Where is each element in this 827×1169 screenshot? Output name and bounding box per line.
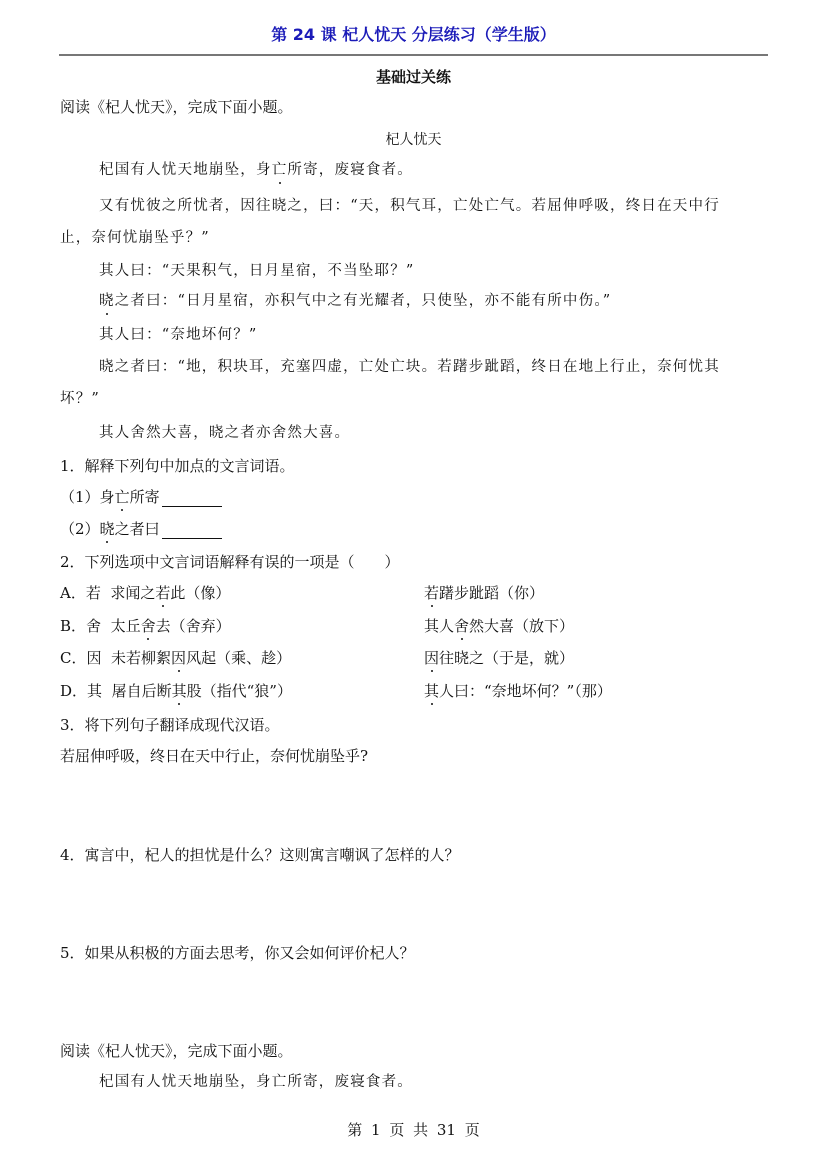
reading-instruction-2: 阅读《杞人忧天》，完成下面小题。 xyxy=(60,1041,293,1061)
reading-instruction: 阅读《杞人忧天》，完成下面小题。 xyxy=(60,97,293,117)
passage-paragraph: 止，奈何忧崩坠乎？” xyxy=(60,228,210,248)
question-1-item: （2）晓之者曰 xyxy=(60,519,222,539)
question-1-stem: 1．解释下列句中加点的文言词语。 xyxy=(60,456,295,476)
emphasis-dot-char: 亡 xyxy=(115,487,130,507)
passage-paragraph: 其人曰：“奈地坏何？” xyxy=(99,325,258,345)
document-title: 第 24 课 杞人忧天 分层练习（学生版） xyxy=(0,22,827,45)
passage-paragraph: 其人舍然大喜，晓之者亦舍然大喜。 xyxy=(99,423,350,443)
emphasis-dot-char: 亡 xyxy=(272,160,288,180)
page-number: 第 1 页 共 31 页 xyxy=(0,1119,827,1140)
passage-paragraph: 晓之者曰：“地，积块耳，充塞四虚，亡处亡块。若躇步跐蹈，终日在地上行止，奈何忧其 xyxy=(99,357,720,377)
emphasis-dot-char: 晓 xyxy=(100,519,115,539)
passage-paragraph: 又有忧彼之所忧者，因往晓之，曰：“天，积气耳，亡处亡气。若屈伸呼吸，终日在天中行 xyxy=(99,196,720,216)
answer-blank[interactable] xyxy=(162,490,222,507)
question-3-stem: 3．将下列句子翻译成现代汉语。 xyxy=(60,715,280,735)
passage-title: 杞人忧天 xyxy=(0,130,827,150)
passage-paragraph: 其人曰：“天果积气，日月星宿，不当坠耶？” xyxy=(99,261,415,281)
section-title: 基础过关练 xyxy=(0,66,827,87)
header-divider xyxy=(59,54,768,56)
question-5-stem: 5．如果从积极的方面去思考，你又会如何评价杞人？ xyxy=(60,943,415,963)
question-1-item: （1）身亡所寄 xyxy=(60,487,222,507)
option-a: A．若 求闻之若此（像） 若躇步跐蹈（你） xyxy=(60,583,760,603)
passage-paragraph: 晓之者曰：“日月星宿，亦积气中之有光耀者，只使坠，亦不能有所中伤。” xyxy=(99,291,611,311)
option-b: B．舍 太丘舍去（舍弃） 其人舍然大喜（放下） xyxy=(60,616,760,636)
passage-paragraph: 杞国有人忧天地崩坠，身亡所寄，废寝食者。 xyxy=(99,1072,413,1092)
passage-paragraph: 坏？” xyxy=(60,389,100,409)
passage-paragraph: 杞国有人忧天地崩坠，身亡所寄，废寝食者。 xyxy=(99,160,413,180)
question-2-stem: 2．下列选项中文言词语解释有误的一项是（ ） xyxy=(60,552,400,572)
question-4-stem: 4．寓言中，杞人的担忧是什么？这则寓言嘲讽了怎样的人？ xyxy=(60,845,460,865)
answer-blank[interactable] xyxy=(162,522,222,539)
question-3-sentence: 若屈伸呼吸，终日在天中行止，奈何忧崩坠乎? xyxy=(60,746,368,766)
option-d: D．其 屠自后断其股（指代“狼”） 其人曰：“奈地坏何？”（那） xyxy=(60,681,760,701)
option-c: C．因 未若柳絮因风起（乘、趁） 因往晓之（于是，就） xyxy=(60,648,760,668)
emphasis-dot-char: 晓 xyxy=(99,291,115,311)
